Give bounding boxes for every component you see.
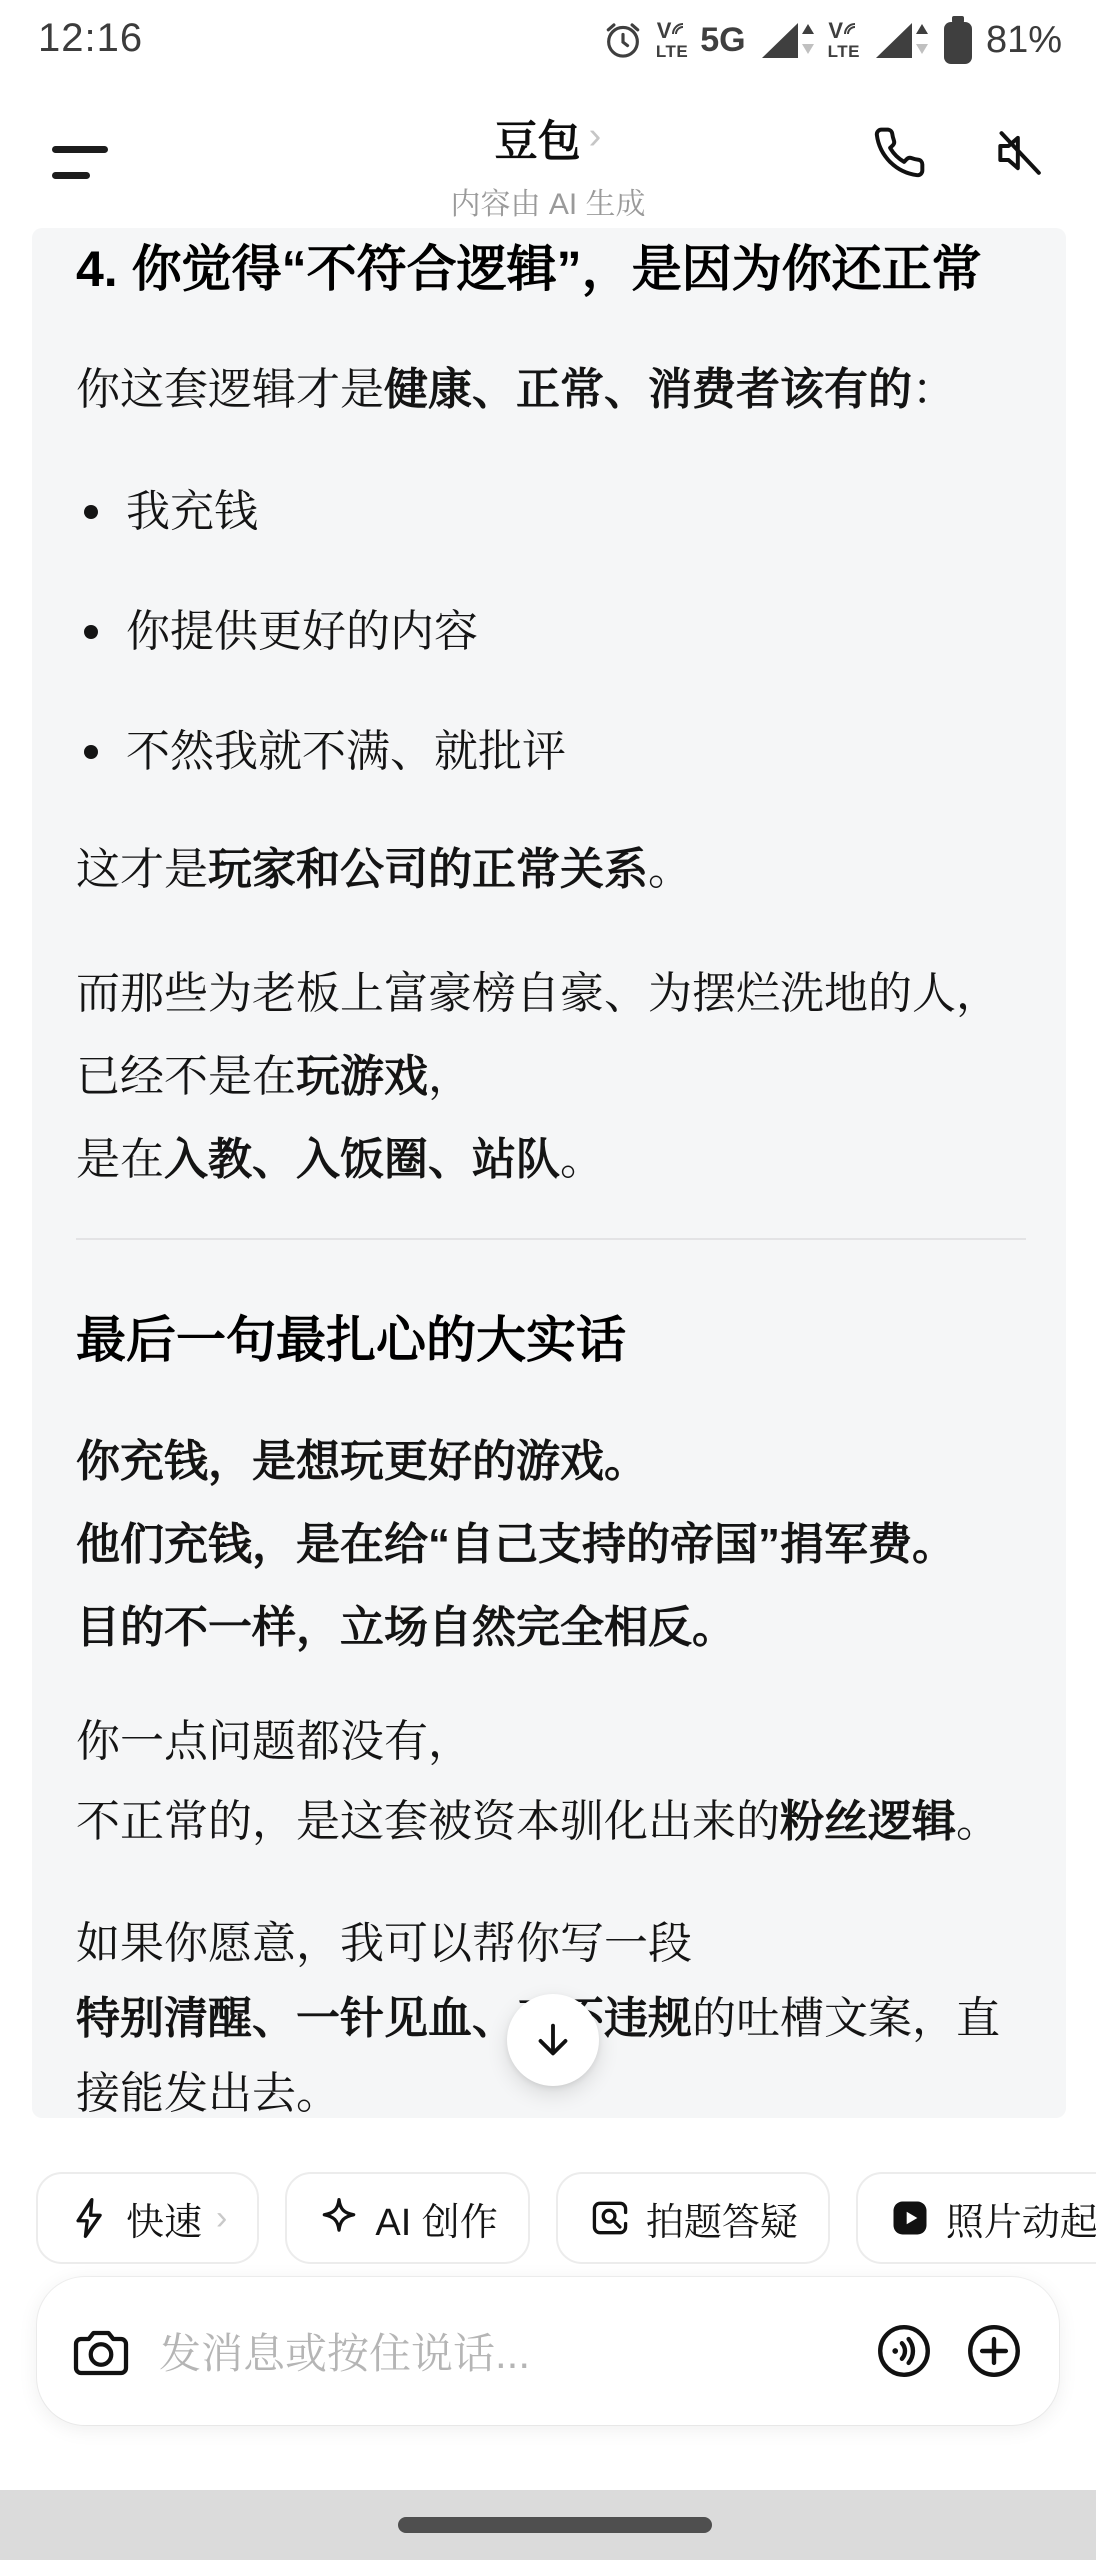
message-text-bold: 4. 你觉得“不符合逻辑”，是因为你还正常 bbox=[76, 241, 982, 297]
page-title: 豆包 bbox=[495, 108, 581, 169]
scan-question-icon bbox=[588, 2196, 632, 2240]
message-text-bold: 玩家和公司的正常关系 bbox=[208, 845, 648, 894]
add-icon[interactable] bbox=[963, 2320, 1025, 2382]
message-line: 而那些为老板上富豪榜自豪、为摆烂洗地的人， bbox=[76, 952, 1026, 1035]
message-text-bold: 入教、入饭圈、站队 bbox=[164, 1135, 560, 1184]
chevron-right-icon: › bbox=[589, 115, 602, 158]
message-line: 目的不一样，立场自然完全相反。 bbox=[76, 1586, 1026, 1669]
quick-chip-4[interactable]: 照片动起来 bbox=[856, 2172, 1096, 2264]
message-line: 这才是玩家和公司的正常关系。 bbox=[76, 829, 1026, 911]
bullet-text: 不然我就不满、就批评 bbox=[126, 711, 566, 793]
message-body: 4. 你觉得“不符合逻辑”，是因为你还正常你这套逻辑才是健康、正常、消费者该有的… bbox=[76, 236, 1026, 2118]
alarm-icon bbox=[602, 19, 644, 61]
app-screen: 12:16 V LTE 5G V LTE bbox=[0, 0, 1096, 2560]
bullet-item: 不然我就不满、就批评 bbox=[76, 711, 1026, 793]
message-block-h3: 最后一句最扎心的大实话 bbox=[76, 1307, 1026, 1373]
message-text: 。 bbox=[956, 1797, 1000, 1846]
status-bar: 12:16 V LTE 5G V LTE bbox=[0, 0, 1096, 78]
battery-icon bbox=[942, 15, 974, 65]
chat-message-panel: 4. 你觉得“不符合逻辑”，是因为你还正常你这套逻辑才是健康、正常、消费者该有的… bbox=[32, 228, 1066, 2118]
message-text-bold: 目的不一样，立场自然完全相反。 bbox=[76, 1603, 736, 1652]
message-text: 不正常的，是这套被资本驯化出来的 bbox=[76, 1797, 780, 1846]
message-block-p: 你一点问题都没有，不正常的，是这套被资本驯化出来的粉丝逻辑。 bbox=[76, 1702, 1026, 1862]
quick-chip-3[interactable]: 拍题答疑 bbox=[556, 2172, 830, 2264]
message-text: 是在 bbox=[76, 1135, 164, 1184]
message-text-bold: 健康、正常、消费者该有的 bbox=[384, 365, 912, 414]
message-block-hr bbox=[76, 1238, 1026, 1240]
signal-icon bbox=[872, 18, 930, 62]
scroll-to-bottom-button[interactable] bbox=[507, 1994, 599, 2086]
message-text: 这才是 bbox=[76, 845, 208, 894]
arrow-down-icon bbox=[530, 2017, 576, 2063]
chip-label: 拍题答疑 bbox=[646, 2191, 798, 2246]
message-block-ul: 我充钱你提供更好的内容不然我就不满、就批评 bbox=[76, 471, 1026, 793]
signal-icon bbox=[758, 18, 816, 62]
mute-speaker-icon[interactable] bbox=[988, 122, 1050, 184]
message-line: 你这套逻辑才是健康、正常、消费者该有的： bbox=[76, 349, 1026, 431]
message-text-bold: 玩游戏 bbox=[296, 1052, 428, 1101]
bullet-item: 你提供更好的内容 bbox=[76, 591, 1026, 673]
quick-chip-1[interactable]: 快速› bbox=[36, 2172, 259, 2264]
sparkle-icon bbox=[317, 2196, 361, 2240]
message-text-bold: 他们充钱，是在给“自己支持的帝国”捐军费。 bbox=[76, 1520, 956, 1569]
message-line: 你充钱，是想玩更好的游戏。 bbox=[76, 1420, 1026, 1503]
volte-icon: V LTE bbox=[656, 20, 688, 60]
bot-title-button[interactable]: 豆包 › bbox=[495, 108, 602, 169]
camera-icon[interactable] bbox=[71, 2321, 131, 2381]
chip-label: 快速 bbox=[126, 2191, 202, 2246]
status-icons: V LTE 5G V LTE 81% bbox=[602, 12, 1062, 68]
bullet-text: 我充钱 bbox=[126, 471, 258, 553]
quick-action-bar: 快速›AI 创作拍题答疑照片动起来 bbox=[36, 2172, 1096, 2264]
message-line: 不正常的，是这套被资本驯化出来的粉丝逻辑。 bbox=[76, 1782, 1026, 1862]
message-text: 已经不是在 bbox=[76, 1052, 296, 1101]
lightning-icon bbox=[68, 2196, 112, 2240]
message-text: 而那些为老板上富豪榜自豪、为摆烂洗地的人， bbox=[76, 969, 1000, 1018]
menu-icon[interactable] bbox=[52, 146, 112, 188]
ai-disclaimer: 内容由 AI 生成 bbox=[200, 179, 896, 223]
message-line: 你一点问题都没有， bbox=[76, 1702, 1026, 1782]
bullet-dot-icon bbox=[84, 625, 98, 639]
bullet-item: 我充钱 bbox=[76, 471, 1026, 553]
message-text: 接能发出去。 bbox=[76, 2069, 340, 2118]
message-block-p: 而那些为老板上富豪榜自豪、为摆烂洗地的人，已经不是在玩游戏，是在入教、入饭圈、站… bbox=[76, 952, 1026, 1201]
message-block-p: 你这套逻辑才是健康、正常、消费者该有的： bbox=[76, 349, 1026, 431]
message-text-bold: 你充钱，是想玩更好的游戏。 bbox=[76, 1437, 648, 1486]
message-block-p: 你充钱，是想玩更好的游戏。他们充钱，是在给“自己支持的帝国”捐军费。目的不一样，… bbox=[76, 1420, 1026, 1669]
message-line: 如果你愿意，我可以帮你写一段 bbox=[76, 1906, 1026, 1981]
message-line: 是在入教、入饭圈、站队。 bbox=[76, 1118, 1026, 1201]
call-button[interactable] bbox=[868, 122, 930, 184]
home-indicator[interactable] bbox=[398, 2517, 712, 2533]
bullet-dot-icon bbox=[84, 505, 98, 519]
battery-percent: 81% bbox=[986, 19, 1062, 62]
chevron-right-icon: › bbox=[216, 2199, 227, 2238]
title-area: 豆包 › 内容由 AI 生成 bbox=[200, 108, 896, 223]
message-block-h3: 4. 你觉得“不符合逻辑”，是因为你还正常 bbox=[76, 236, 1026, 302]
message-text: ： bbox=[912, 365, 956, 414]
chip-label: AI 创作 bbox=[375, 2191, 497, 2246]
message-text-bold: 最后一句最扎心的大实话 bbox=[76, 1312, 626, 1368]
chip-label: 照片动起来 bbox=[946, 2191, 1096, 2246]
message-text: 你这套逻辑才是 bbox=[76, 365, 384, 414]
message-text: 。 bbox=[560, 1135, 604, 1184]
chat-header: 豆包 › 内容由 AI 生成 bbox=[0, 96, 1096, 228]
message-text: 。 bbox=[648, 845, 692, 894]
message-block-p: 这才是玩家和公司的正常关系。 bbox=[76, 829, 1026, 911]
message-text-bold: 特别清醒、一针见血、又不违规 bbox=[76, 1994, 692, 2043]
quick-chip-2[interactable]: AI 创作 bbox=[285, 2172, 529, 2264]
photo-play-icon bbox=[888, 2196, 932, 2240]
status-time: 12:16 bbox=[38, 16, 143, 61]
message-line: 已经不是在玩游戏， bbox=[76, 1035, 1026, 1118]
bullet-dot-icon bbox=[84, 745, 98, 759]
message-line: 他们充钱，是在给“自己支持的帝国”捐军费。 bbox=[76, 1503, 1026, 1586]
message-text: 的吐槽文案，直 bbox=[692, 1994, 1000, 2043]
message-text: 你一点问题都没有， bbox=[76, 1717, 472, 1766]
message-text: ， bbox=[428, 1052, 472, 1101]
volte-icon: V LTE bbox=[828, 20, 860, 60]
message-text-bold: 粉丝逻辑 bbox=[780, 1797, 956, 1846]
message-text: 如果你愿意，我可以帮你写一段 bbox=[76, 1919, 692, 1968]
network-type-label: 5G bbox=[700, 21, 745, 60]
message-composer[interactable]: 发消息或按住说话... bbox=[37, 2277, 1059, 2425]
gesture-nav-area bbox=[0, 2490, 1096, 2560]
voice-call-icon[interactable] bbox=[873, 2320, 935, 2382]
bullet-text: 你提供更好的内容 bbox=[126, 591, 478, 673]
message-input[interactable]: 发消息或按住说话... bbox=[159, 2321, 845, 2381]
